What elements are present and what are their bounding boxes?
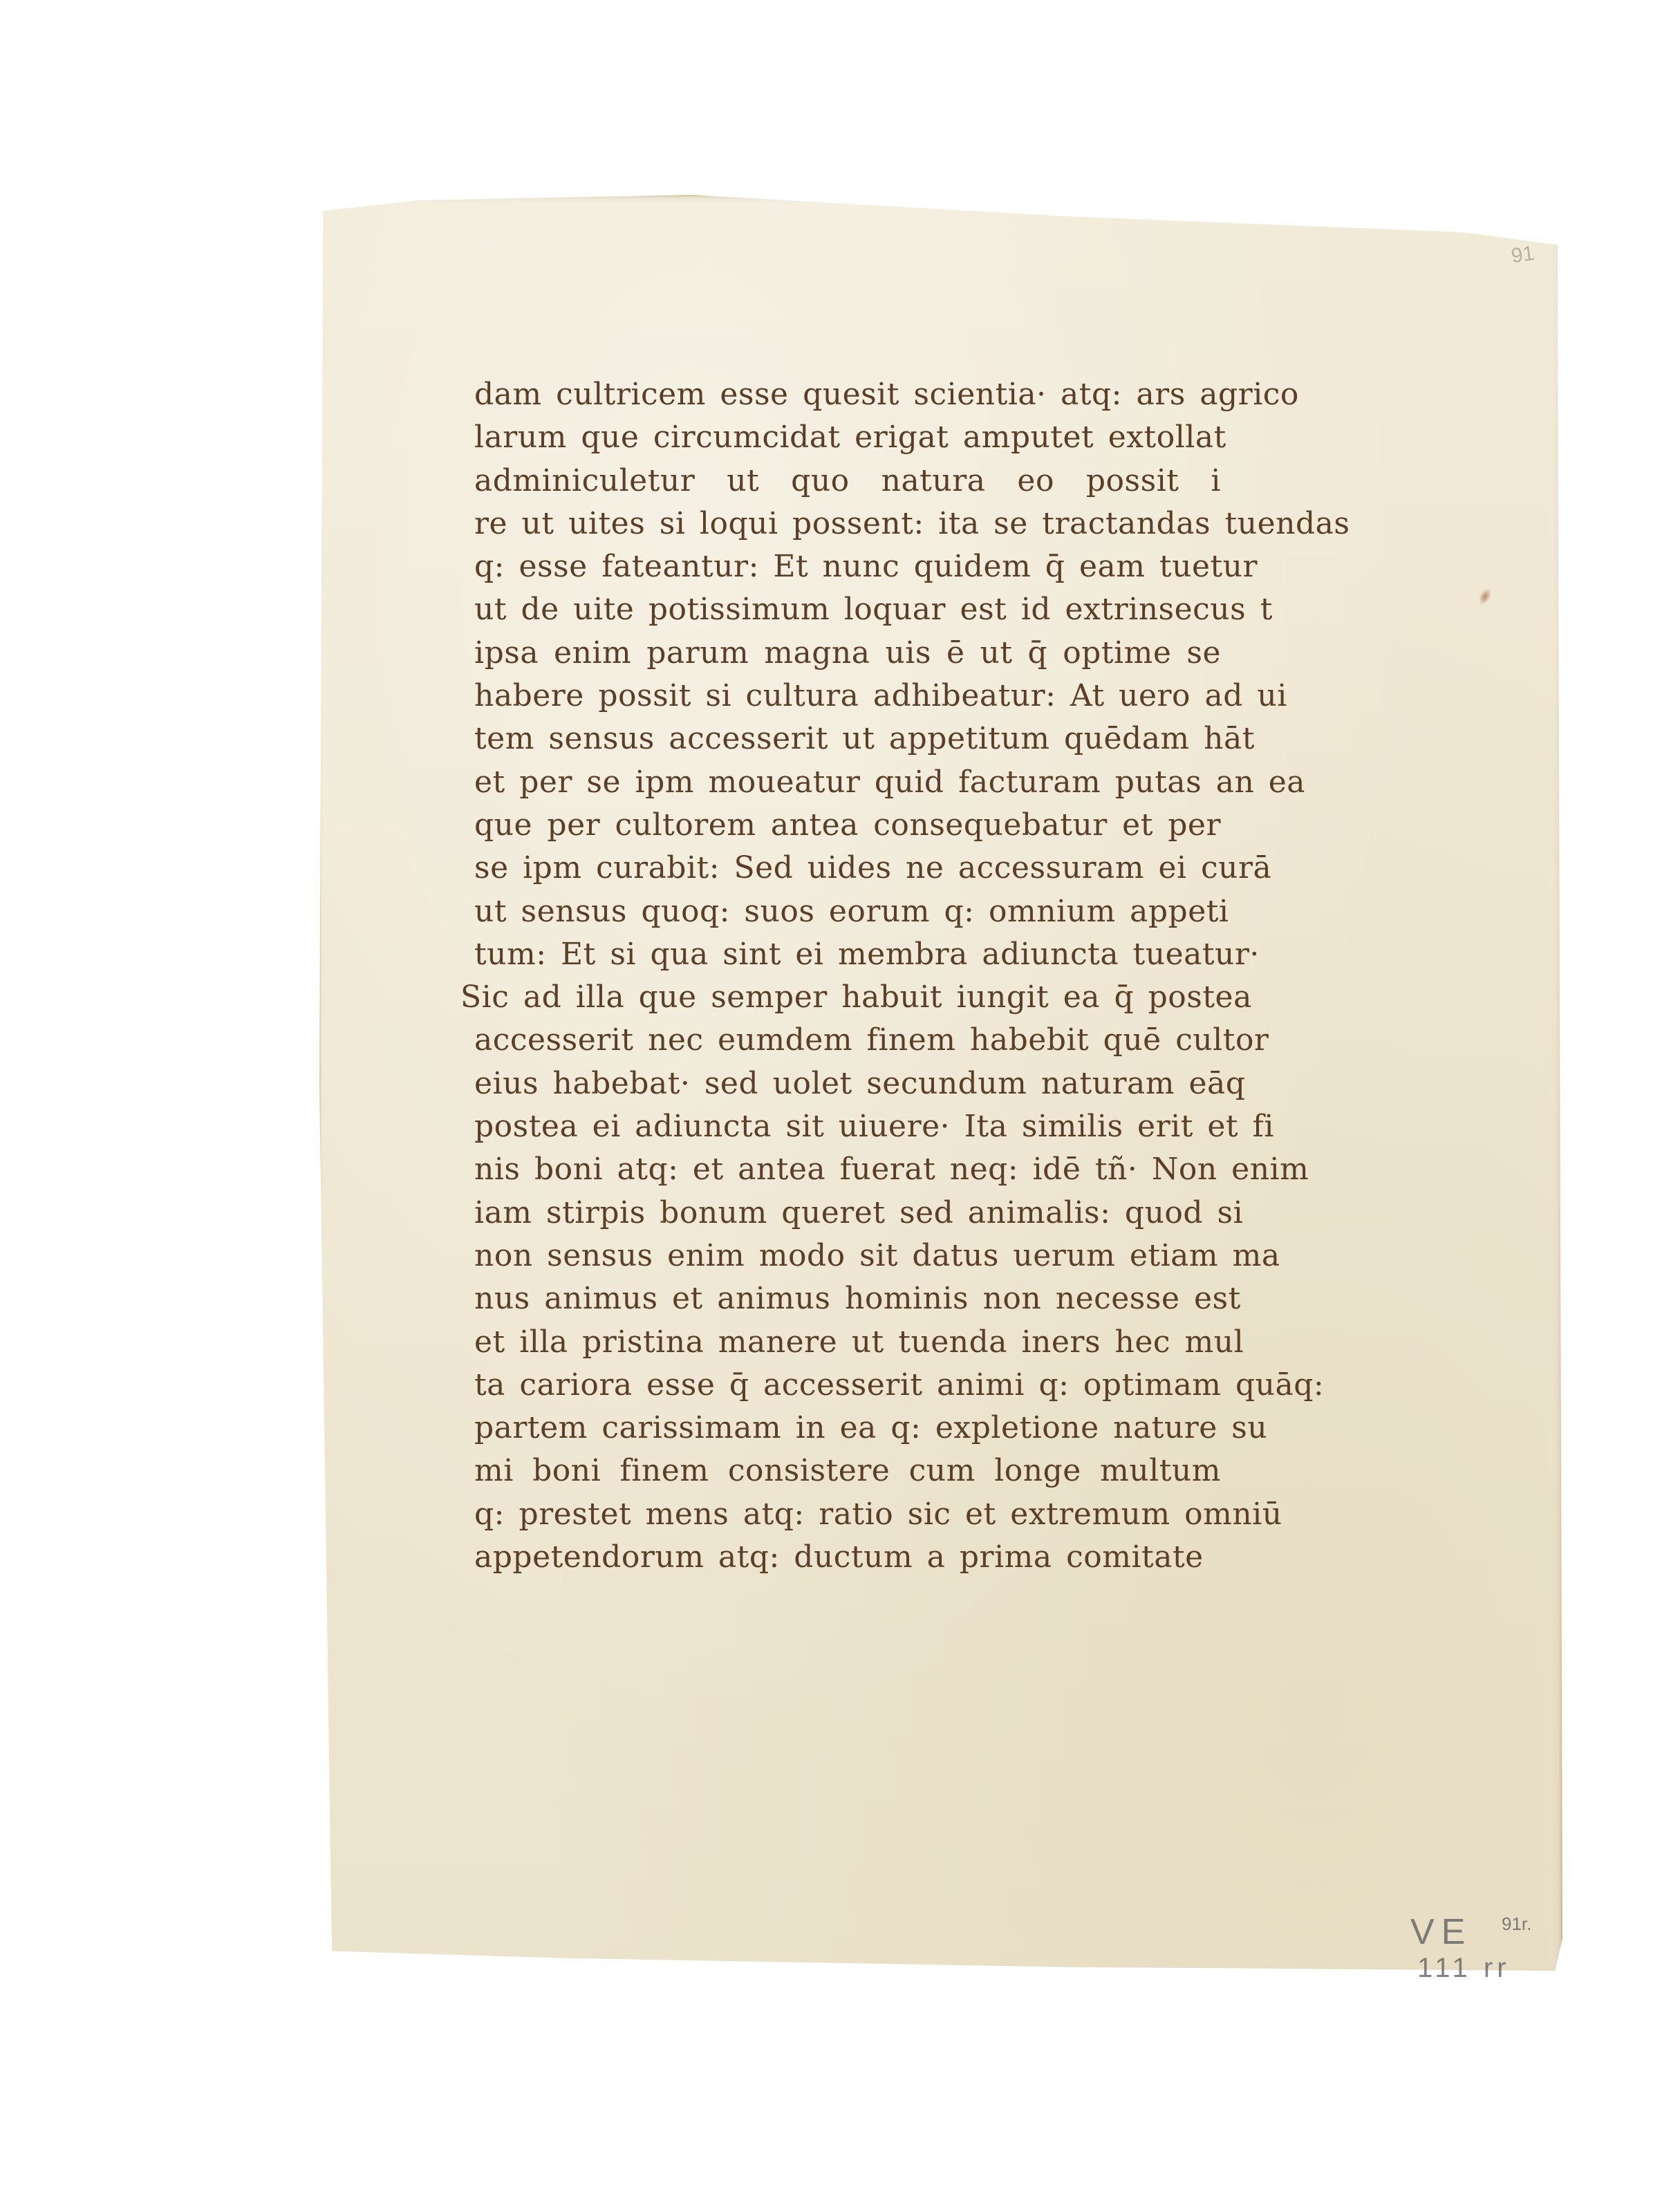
text-line-initial: Sic ad illa que semper habuit iungit ea … bbox=[460, 976, 1221, 1019]
text-line: ut de uite potissimum loquar est id extr… bbox=[474, 588, 1221, 631]
text-line: q: esse fateantur: Et nunc quidem q̄ eam… bbox=[474, 545, 1221, 588]
text-line: dam cultricem esse quesit scientia· atq:… bbox=[474, 373, 1221, 416]
text-line: que per cultorem antea consequebatur et … bbox=[474, 804, 1221, 847]
text-line: appetendorum atq: ductum a prima comitat… bbox=[474, 1536, 1221, 1579]
text-line: partem carissimam in ea q: expletione na… bbox=[474, 1407, 1221, 1450]
text-line: re ut uites si loqui possent: ita se tra… bbox=[474, 503, 1221, 545]
pencil-annotation-shelfmark: 111 rr bbox=[1417, 1953, 1511, 1984]
pencil-annotation-folio: 91r. bbox=[1502, 1913, 1531, 1935]
text-line: se ipm curabit: Sed uides ne accessuram … bbox=[474, 847, 1221, 890]
text-line: postea ei adiuncta sit uiuere· Ita simil… bbox=[474, 1105, 1221, 1148]
text-line: tum: Et si qua sint ei membra adiuncta t… bbox=[474, 933, 1221, 976]
folio-number-top: 91 bbox=[1510, 242, 1536, 268]
text-line: nus animus et animus hominis non necesse… bbox=[474, 1277, 1221, 1320]
text-line: eius habebat· sed uolet secundum naturam… bbox=[474, 1062, 1221, 1105]
text-line: accesserit nec eumdem finem habebit quē … bbox=[474, 1019, 1221, 1062]
text-line: nis boni atq: et antea fuerat neq: idē t… bbox=[474, 1148, 1221, 1191]
pencil-annotation-ve: VE bbox=[1410, 1911, 1472, 1953]
text-line: larum que circumcidat erigat amputet ext… bbox=[474, 416, 1221, 459]
text-line: non sensus enim modo sit datus uerum eti… bbox=[474, 1235, 1221, 1277]
text-line: et per se ipm moueatur quid facturam put… bbox=[474, 761, 1221, 804]
text-line: tem sensus accesserit ut appetitum quēda… bbox=[474, 718, 1221, 760]
text-line: mi boni finem consistere cum longe multu… bbox=[474, 1450, 1221, 1492]
text-line: adminiculetur ut quo natura eo possit i bbox=[474, 460, 1221, 503]
text-line: et illa pristina manere ut tuenda iners … bbox=[474, 1321, 1221, 1364]
text-line: habere possit si cultura adhibeatur: At … bbox=[474, 675, 1221, 718]
text-line: ut sensus quoq: suos eorum q: omnium app… bbox=[474, 890, 1221, 933]
manuscript-text-block: dam cultricem esse quesit scientia· atq:… bbox=[474, 373, 1221, 1579]
text-line: ipsa enim parum magna uis ē ut q̄ optime… bbox=[474, 632, 1221, 675]
text-line: q: prestet mens atq: ratio sic et extrem… bbox=[474, 1493, 1221, 1536]
text-line: ta cariora esse q̄ accesserit animi q: o… bbox=[474, 1364, 1221, 1407]
text-line: iam stirpis bonum queret sed animalis: q… bbox=[474, 1192, 1221, 1235]
